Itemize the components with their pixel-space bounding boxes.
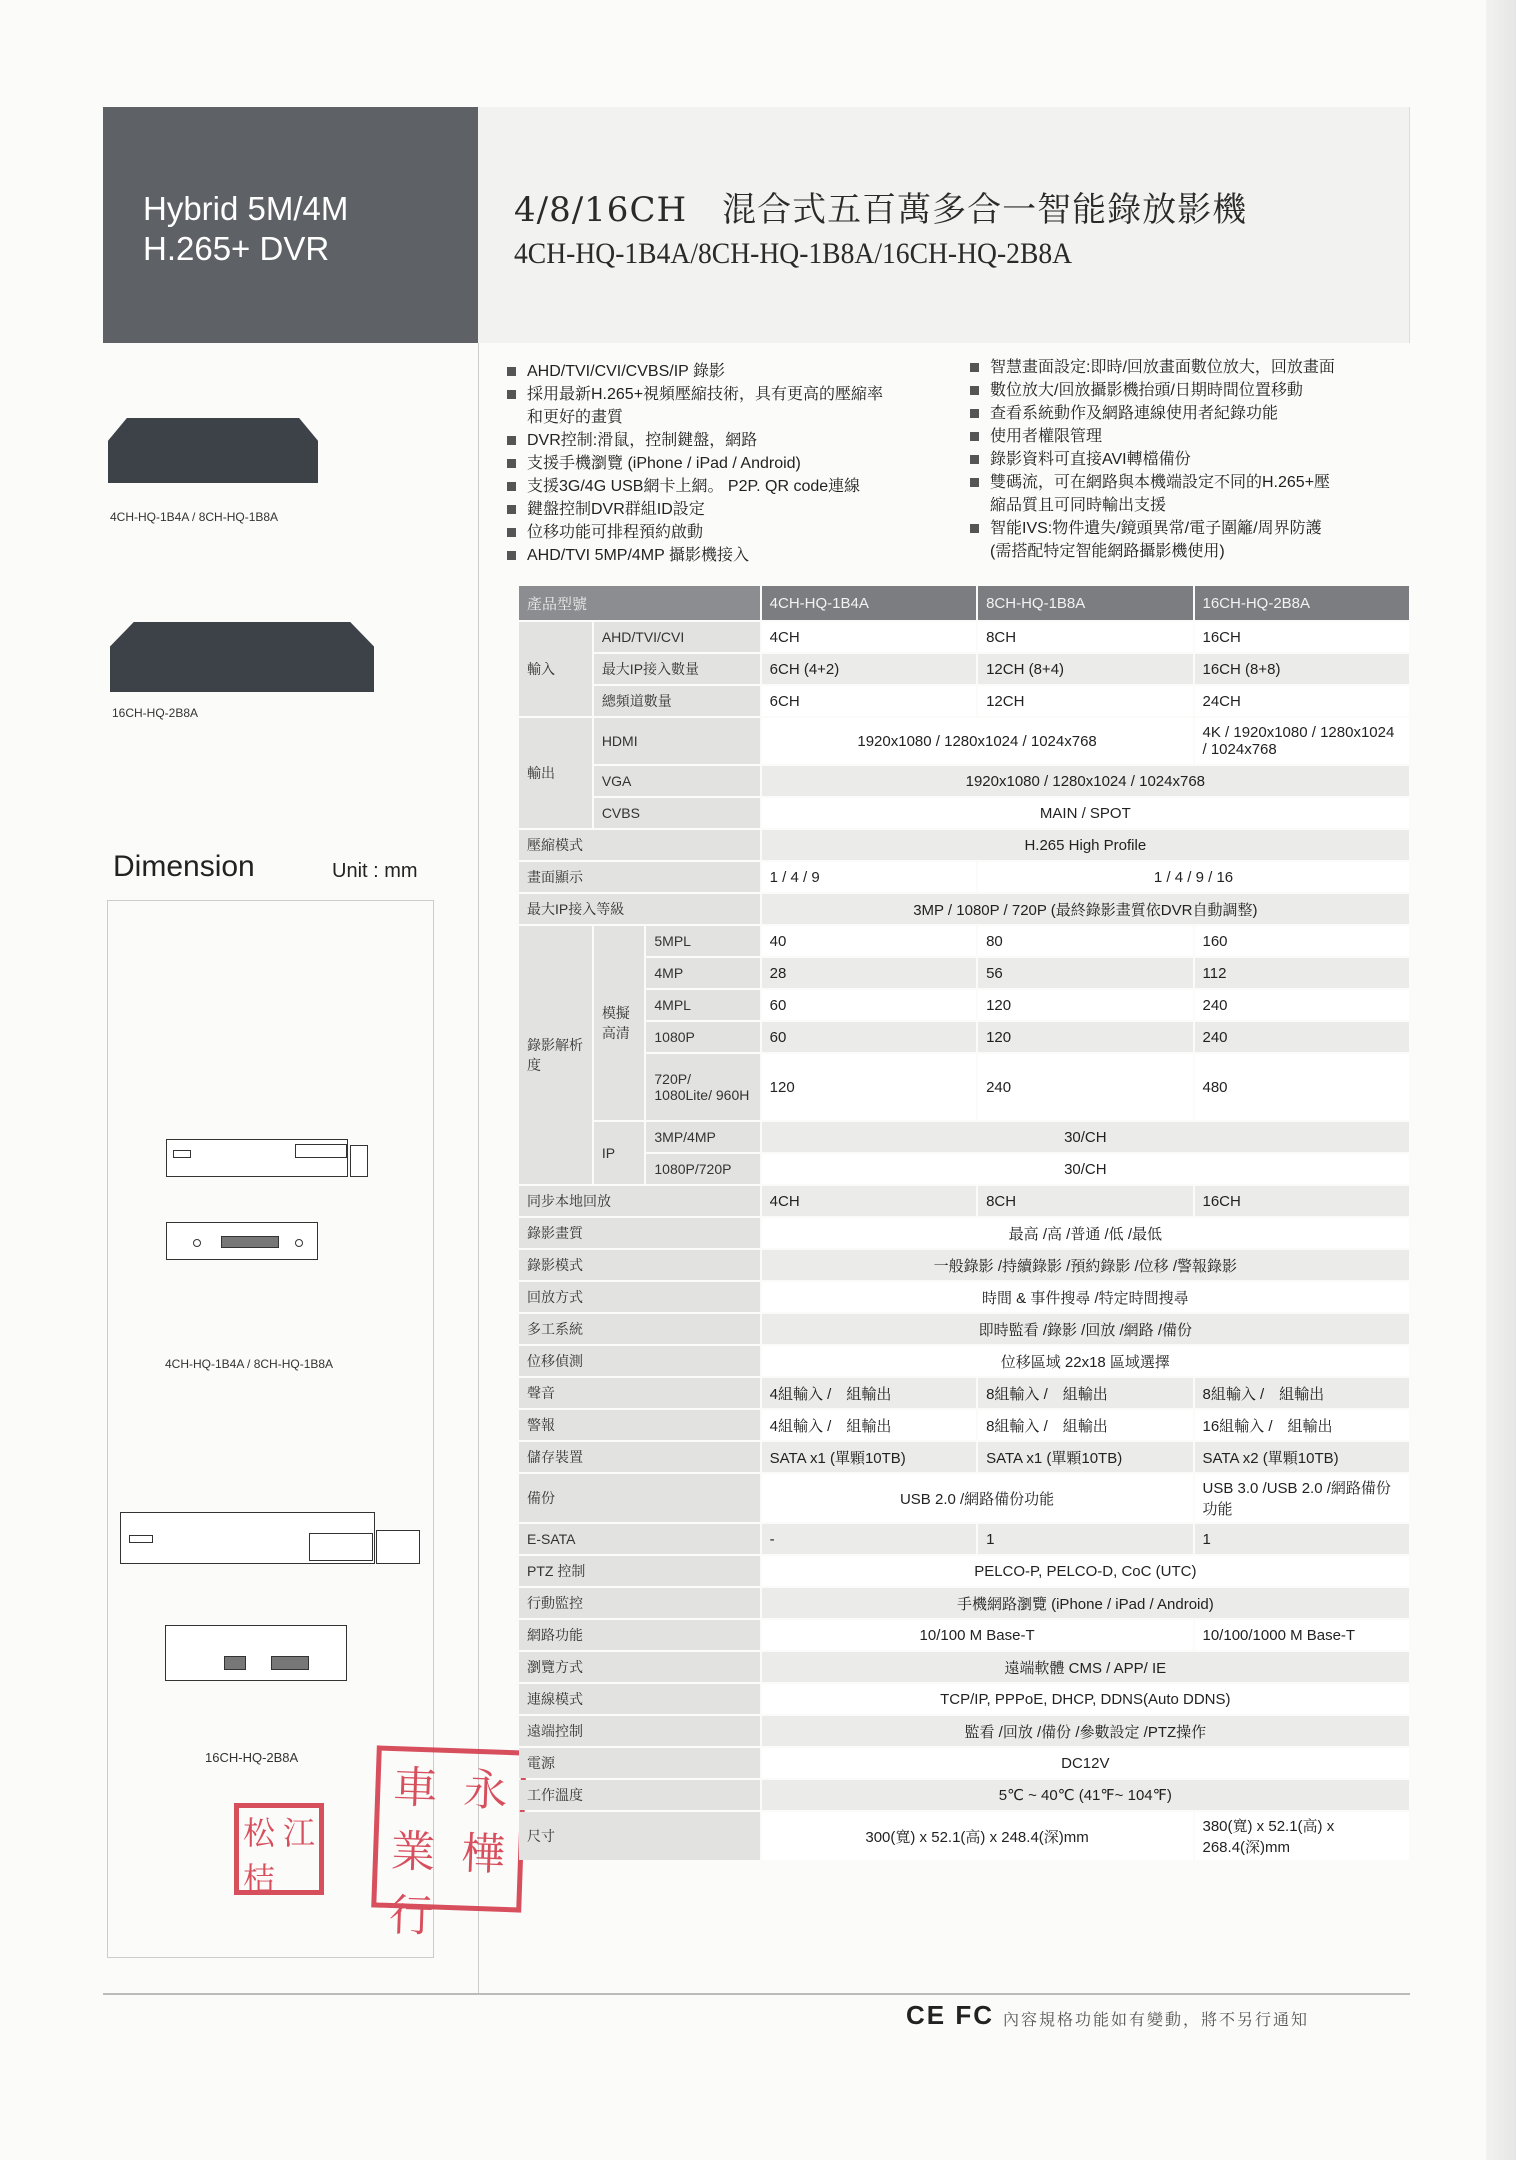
cell: 遠端軟體 CMS / APP/ IE <box>762 1652 1409 1682</box>
cell: 16組輸入 / 組輸出 <box>1195 1410 1410 1440</box>
cell: 120 <box>762 1054 976 1120</box>
cell: 24CH <box>1195 686 1410 716</box>
feature-item: 支援3G/4G USB網卡上網。 P2P. QR code連線 <box>505 475 955 498</box>
row-label: 壓縮模式 <box>519 830 760 860</box>
row-label: 總頻道數量 <box>594 686 760 716</box>
cell: 10/100/1000 M Base-T <box>1195 1620 1410 1650</box>
feature-item: AHD/TVI 5MP/4MP 攝影機接入 <box>505 544 955 567</box>
feature-item-continued: 縮品質且可同時輸出支援 <box>968 494 1413 517</box>
table-row: 錄影模式一般錄影 /持續錄影 /預約錄影 /位移 /警報錄影 <box>519 1250 1409 1280</box>
subgroup-label: IP <box>594 1122 645 1184</box>
feature-item: 錄影資料可直接AVI轉檔備份 <box>968 448 1413 471</box>
stamp-char: 車 <box>379 1751 451 1817</box>
row-label: 回放方式 <box>519 1282 760 1312</box>
row-label: VGA <box>594 766 760 796</box>
cell: DC12V <box>762 1748 1409 1778</box>
table-row: 網路功能10/100 M Base-T10/100/1000 M Base-T <box>519 1620 1409 1650</box>
product-type-title: Hybrid 5M/4M H.265+ DVR <box>143 189 348 269</box>
group-label: 輸入 <box>519 622 592 716</box>
cell: 10/100 M Base-T <box>762 1620 1193 1650</box>
cell: 240 <box>1195 990 1410 1020</box>
row-label: 警報 <box>519 1410 760 1440</box>
side-depth-marker <box>376 1530 420 1564</box>
cell: 120 <box>978 1022 1192 1052</box>
feature-item: 使用者權限管理 <box>968 425 1413 448</box>
row-label: 行動監控 <box>519 1588 760 1618</box>
product-type-line-2: H.265+ DVR <box>143 229 348 269</box>
subgroup-label: 模擬高清 <box>594 926 645 1120</box>
cell: H.265 High Profile <box>762 830 1409 860</box>
table-row: 1080P/720P 30/CH <box>519 1154 1409 1184</box>
cell: 160 <box>1195 926 1410 956</box>
table-row: 尺寸300(寬) x 52.1(高) x 248.4(深)mm380(寬) x … <box>519 1812 1409 1860</box>
cell: 最高 /高 /普通 /低 /最低 <box>762 1218 1409 1248</box>
row-label: PTZ 控制 <box>519 1556 760 1586</box>
table-row: 工作溫度5℃ ~ 40℃ (41℉~ 104℉) <box>519 1780 1409 1810</box>
table-row: 總頻道數量 6CH 12CH 24CH <box>519 686 1409 716</box>
row-label: 畫面顯示 <box>519 862 760 892</box>
cell: SATA x2 (單顆10TB) <box>1195 1442 1410 1472</box>
cell: 240 <box>978 1054 1192 1120</box>
table-header-row: 產品型號 4CH-HQ-1B4A 8CH-HQ-1B8A 16CH-HQ-2B8… <box>519 586 1409 620</box>
header-model: 4CH-HQ-1B4A <box>762 586 976 620</box>
feature-item: DVR控制:滑鼠，控制鍵盤，網路 <box>505 429 955 452</box>
stamp-char: 行 <box>375 1879 447 1945</box>
product-type-line-1: Hybrid 5M/4M <box>143 189 348 229</box>
cell: 5℃ ~ 40℃ (41℉~ 104℉) <box>762 1780 1409 1810</box>
table-row: 連線模式TCP/IP, PPPoE, DHCP, DDNS(Auto DDNS) <box>519 1684 1409 1714</box>
row-label: 遠端控制 <box>519 1716 760 1746</box>
table-row: PTZ 控制PELCO-P, PELCO-D, CoC (UTC) <box>519 1556 1409 1586</box>
cell: 80 <box>978 926 1192 956</box>
row-label: 4MP <box>646 958 759 988</box>
cell: 60 <box>762 1022 976 1052</box>
cell: 120 <box>978 990 1192 1020</box>
cell: PELCO-P, PELCO-D, CoC (UTC) <box>762 1556 1409 1586</box>
dvr-product-image-small <box>108 418 318 483</box>
row-label: 多工系統 <box>519 1314 760 1344</box>
feature-item-continued: (需搭配特定智能網路攝影機使用) <box>968 540 1413 563</box>
table-row: 警報4組輸入 / 組輸出8組輸入 / 組輸出16組輸入 / 組輸出 <box>519 1410 1409 1440</box>
cell: 30/CH <box>762 1154 1409 1184</box>
cell: USB 2.0 /網路備份功能 <box>762 1474 1193 1522</box>
cell: 12CH <box>978 686 1192 716</box>
cell: 16CH <box>1195 1186 1410 1216</box>
cell: 30/CH <box>762 1122 1409 1152</box>
table-row: 遠端控制監看 /回放 /備份 /參數設定 /PTZ操作 <box>519 1716 1409 1746</box>
row-label: 1080P/720P <box>646 1154 759 1184</box>
cell: 3MP / 1080P / 720P (最終錄影畫質依DVR自動調整) <box>762 894 1409 924</box>
table-row: 同步本地回放4CH8CH16CH <box>519 1186 1409 1216</box>
models-line: 4CH-HQ-1B4A/8CH-HQ-1B8A/16CH-HQ-2B8A <box>514 237 1072 271</box>
cell: 8組輸入 / 組輸出 <box>978 1378 1192 1408</box>
feature-item-continued: 和更好的畫質 <box>505 406 955 429</box>
cell: 6CH (4+2) <box>762 654 976 684</box>
cell: 40 <box>762 926 976 956</box>
cell: 380(寬) x 52.1(高) x 268.4(深)mm <box>1195 1812 1410 1860</box>
front-view-drawing-large <box>120 1512 375 1564</box>
table-row: 4MPL 60 120 240 <box>519 990 1409 1020</box>
feature-item: 位移功能可排程預約啟動 <box>505 521 955 544</box>
cell: 監看 /回放 /備份 /參數設定 /PTZ操作 <box>762 1716 1409 1746</box>
cell: 4K / 1920x1080 / 1280x1024 / 1024x768 <box>1195 718 1410 764</box>
feature-item: 支援手機瀏覽 (iPhone / iPad / Android) <box>505 452 955 475</box>
feature-item: 智慧畫面設定:即時/回放畫面數位放大，回放畫面 <box>968 356 1413 379</box>
cell: - <box>762 1524 976 1554</box>
dvr-product-image-large <box>110 622 374 692</box>
row-label: 備份 <box>519 1474 760 1522</box>
front-view-drawing-small <box>166 1139 348 1177</box>
row-label: 電源 <box>519 1748 760 1778</box>
cell: 16CH (8+8) <box>1195 654 1410 684</box>
table-row: 輸入 AHD/TVI/CVI 4CH 8CH 16CH <box>519 622 1409 652</box>
table-row: 輸出 HDMI 1920x1080 / 1280x1024 / 1024x768… <box>519 718 1409 764</box>
row-label: 尺寸 <box>519 1812 760 1860</box>
table-row: 壓縮模式 H.265 High Profile <box>519 830 1409 860</box>
table-row: 儲存裝置SATA x1 (單顆10TB)SATA x1 (單顆10TB)SATA… <box>519 1442 1409 1472</box>
table-row: 錄影畫質最高 /高 /普通 /低 /最低 <box>519 1218 1409 1248</box>
side-depth-marker <box>350 1145 368 1177</box>
row-label: 位移偵測 <box>519 1346 760 1376</box>
cell: 300(寬) x 52.1(高) x 248.4(深)mm <box>762 1812 1193 1860</box>
cell: 4CH <box>762 1186 976 1216</box>
feature-list-left: AHD/TVI/CVI/CVBS/IP 錄影 採用最新H.265+視頻壓縮技術，… <box>505 360 955 567</box>
cell: SATA x1 (單顆10TB) <box>978 1442 1192 1472</box>
cell: 8組輸入 / 組輸出 <box>1195 1378 1410 1408</box>
header-model: 8CH-HQ-1B8A <box>978 586 1192 620</box>
table-row: 720P/ 1080Lite/ 960H 120 240 480 <box>519 1054 1409 1120</box>
dimension-unit: Unit : mm <box>332 860 418 883</box>
product-type-banner: Hybrid 5M/4M H.265+ DVR <box>103 107 478 343</box>
product-caption: 16CH-HQ-2B8A <box>112 706 198 720</box>
table-row: E-SATA-11 <box>519 1524 1409 1554</box>
row-label: 4MPL <box>646 990 759 1020</box>
cell: 1 <box>1195 1524 1410 1554</box>
group-label: 錄影解析度 <box>519 926 592 1184</box>
table-row: VGA 1920x1080 / 1280x1024 / 1024x768 <box>519 766 1409 796</box>
table-row: 備份USB 2.0 /網路備份功能USB 3.0 /USB 2.0 /網路備份功… <box>519 1474 1409 1522</box>
table-row: 4MP 28 56 112 <box>519 958 1409 988</box>
cell: 480 <box>1195 1054 1410 1120</box>
cell: 28 <box>762 958 976 988</box>
table-row: 行動監控手機網路瀏覽 (iPhone / iPad / Android) <box>519 1588 1409 1618</box>
stamp-char <box>445 1881 517 1947</box>
cell: 16CH <box>1195 622 1410 652</box>
cell: 位移區域 22x18 區域選擇 <box>762 1346 1409 1376</box>
row-label: 瀏覽方式 <box>519 1652 760 1682</box>
red-seal-stamp-large: 車 永 業 樺 行 <box>371 1745 527 1912</box>
table-row: 1080P 60 120 240 <box>519 1022 1409 1052</box>
cell: 112 <box>1195 958 1410 988</box>
table-row: 畫面顯示 1 / 4 / 9 1 / 4 / 9 / 16 <box>519 862 1409 892</box>
dimension-title: Dimension <box>113 850 255 884</box>
cell: 4組輸入 / 組輸出 <box>762 1378 976 1408</box>
title-area: 4/8/16CH 混合式五百萬多合一智能錄放影機 4CH-HQ-1B4A/8CH… <box>478 107 1410 343</box>
row-label: 最大IP接入數量 <box>594 654 760 684</box>
row-label: 最大IP接入等級 <box>519 894 760 924</box>
stamp-char: 業 <box>377 1815 449 1881</box>
cell: 1 / 4 / 9 / 16 <box>978 862 1409 892</box>
cell: 8組輸入 / 組輸出 <box>978 1410 1192 1440</box>
table-row: 電源DC12V <box>519 1748 1409 1778</box>
table-row: 錄影解析度 模擬高清 5MPL 40 80 160 <box>519 926 1409 956</box>
row-label: 工作溫度 <box>519 1780 760 1810</box>
cell: 手機網路瀏覽 (iPhone / iPad / Android) <box>762 1588 1409 1618</box>
feature-item: 鍵盤控制DVR群組ID設定 <box>505 498 955 521</box>
stamp-char: 松 <box>239 1808 279 1854</box>
product-caption: 4CH-HQ-1B4A / 8CH-HQ-1B8A <box>110 510 278 524</box>
table-row: 最大IP接入數量 6CH (4+2) 12CH (8+4) 16CH (8+8) <box>519 654 1409 684</box>
table-row: IP 3MP/4MP 30/CH <box>519 1122 1409 1152</box>
footer-divider <box>103 1993 1410 1995</box>
feature-item: 查看系統動作及網路連線使用者紀錄功能 <box>968 402 1413 425</box>
feature-item: 智能IVS:物件遺失/鏡頭異常/電子圍籬/周界防護 <box>968 517 1413 540</box>
group-label: 輸出 <box>519 718 592 828</box>
stamp-char: 桔 <box>239 1854 279 1900</box>
cell: 1 / 4 / 9 <box>762 862 976 892</box>
cell: 1920x1080 / 1280x1024 / 1024x768 <box>762 766 1409 796</box>
rear-view-drawing-small <box>166 1222 318 1260</box>
header-label: 產品型號 <box>519 586 760 620</box>
stamp-char: 樺 <box>447 1817 519 1883</box>
title-zh: 4/8/16CH 混合式五百萬多合一智能錄放影機 <box>514 182 1247 231</box>
row-label: 聲音 <box>519 1378 760 1408</box>
cell: SATA x1 (單顆10TB) <box>762 1442 976 1472</box>
row-label: 網路功能 <box>519 1620 760 1650</box>
header-model: 16CH-HQ-2B8A <box>1195 586 1410 620</box>
table-row: 回放方式時間 & 事件搜尋 /特定時間搜尋 <box>519 1282 1409 1312</box>
row-label: 720P/ 1080Lite/ 960H <box>646 1054 759 1120</box>
table-row: 多工系統即時監看 /錄影 /回放 /網路 /備份 <box>519 1314 1409 1344</box>
cell: 8CH <box>978 622 1192 652</box>
cell: 60 <box>762 990 976 1020</box>
column-divider <box>478 343 479 1993</box>
table-row: 最大IP接入等級 3MP / 1080P / 720P (最終錄影畫質依DVR自… <box>519 894 1409 924</box>
rear-view-drawing-large <box>165 1625 347 1681</box>
table-row: 位移偵測位移區域 22x18 區域選擇 <box>519 1346 1409 1376</box>
spec-rows-after: 同步本地回放4CH8CH16CH錄影畫質最高 /高 /普通 /低 /最低錄影模式… <box>519 1186 1409 1860</box>
ce-fcc-certification-icon: CE FC <box>906 2000 994 2031</box>
cell: 即時監看 /錄影 /回放 /網路 /備份 <box>762 1314 1409 1344</box>
cell: 1 <box>978 1524 1192 1554</box>
row-label: 同步本地回放 <box>519 1186 760 1216</box>
cell: 4CH <box>762 622 976 652</box>
row-label: 1080P <box>646 1022 759 1052</box>
cell: 一般錄影 /持續錄影 /預約錄影 /位移 /警報錄影 <box>762 1250 1409 1280</box>
feature-item: 雙碼流，可在網路與本機端設定不同的H.265+壓 <box>968 471 1413 494</box>
table-row: 瀏覽方式遠端軟體 CMS / APP/ IE <box>519 1652 1409 1682</box>
table-row: 聲音4組輸入 / 組輸出8組輸入 / 組輸出8組輸入 / 組輸出 <box>519 1378 1409 1408</box>
feature-item: AHD/TVI/CVI/CVBS/IP 錄影 <box>505 360 955 383</box>
row-label: 錄影模式 <box>519 1250 760 1280</box>
cell: 240 <box>1195 1022 1410 1052</box>
cell: 8CH <box>978 1186 1192 1216</box>
cell: TCP/IP, PPPoE, DHCP, DDNS(Auto DDNS) <box>762 1684 1409 1714</box>
cell: 1920x1080 / 1280x1024 / 1024x768 <box>762 718 1193 764</box>
cell: 12CH (8+4) <box>978 654 1192 684</box>
row-label: HDMI <box>594 718 760 764</box>
row-label: 5MPL <box>646 926 759 956</box>
table-row: CVBS MAIN / SPOT <box>519 798 1409 828</box>
cell: USB 3.0 /USB 2.0 /網路備份功能 <box>1195 1474 1410 1522</box>
row-label: 儲存裝置 <box>519 1442 760 1472</box>
feature-item: 採用最新H.265+視頻壓縮技術，具有更高的壓縮率 <box>505 383 955 406</box>
stamp-char: 江 <box>279 1808 319 1854</box>
row-label: 3MP/4MP <box>646 1122 759 1152</box>
stamp-char <box>279 1854 319 1900</box>
feature-list-right: 智慧畫面設定:即時/回放畫面數位放大，回放畫面 數位放大/回放攝影機抬頭/日期時… <box>968 356 1413 563</box>
page-edge <box>1486 0 1516 2160</box>
spec-table: 產品型號 4CH-HQ-1B4A 8CH-HQ-1B8A 16CH-HQ-2B8… <box>517 584 1411 1862</box>
row-label: 連線模式 <box>519 1684 760 1714</box>
drawing-caption: 4CH-HQ-1B4A / 8CH-HQ-1B8A <box>165 1357 333 1371</box>
cell: 6CH <box>762 686 976 716</box>
row-label: CVBS <box>594 798 760 828</box>
row-label: E-SATA <box>519 1524 760 1554</box>
red-seal-stamp-small: 松 江 桔 <box>234 1803 324 1895</box>
cell: 時間 & 事件搜尋 /特定時間搜尋 <box>762 1282 1409 1312</box>
cell: 4組輸入 / 組輸出 <box>762 1410 976 1440</box>
cell: 56 <box>978 958 1192 988</box>
stamp-char: 永 <box>449 1753 521 1819</box>
footer-note: 內容規格功能如有變動，將不另行通知 <box>1003 2007 1309 2030</box>
row-label: 錄影畫質 <box>519 1218 760 1248</box>
cell: MAIN / SPOT <box>762 798 1409 828</box>
feature-item: 數位放大/回放攝影機抬頭/日期時間位置移動 <box>968 379 1413 402</box>
drawing-caption: 16CH-HQ-2B8A <box>205 1750 298 1765</box>
row-label: AHD/TVI/CVI <box>594 622 760 652</box>
